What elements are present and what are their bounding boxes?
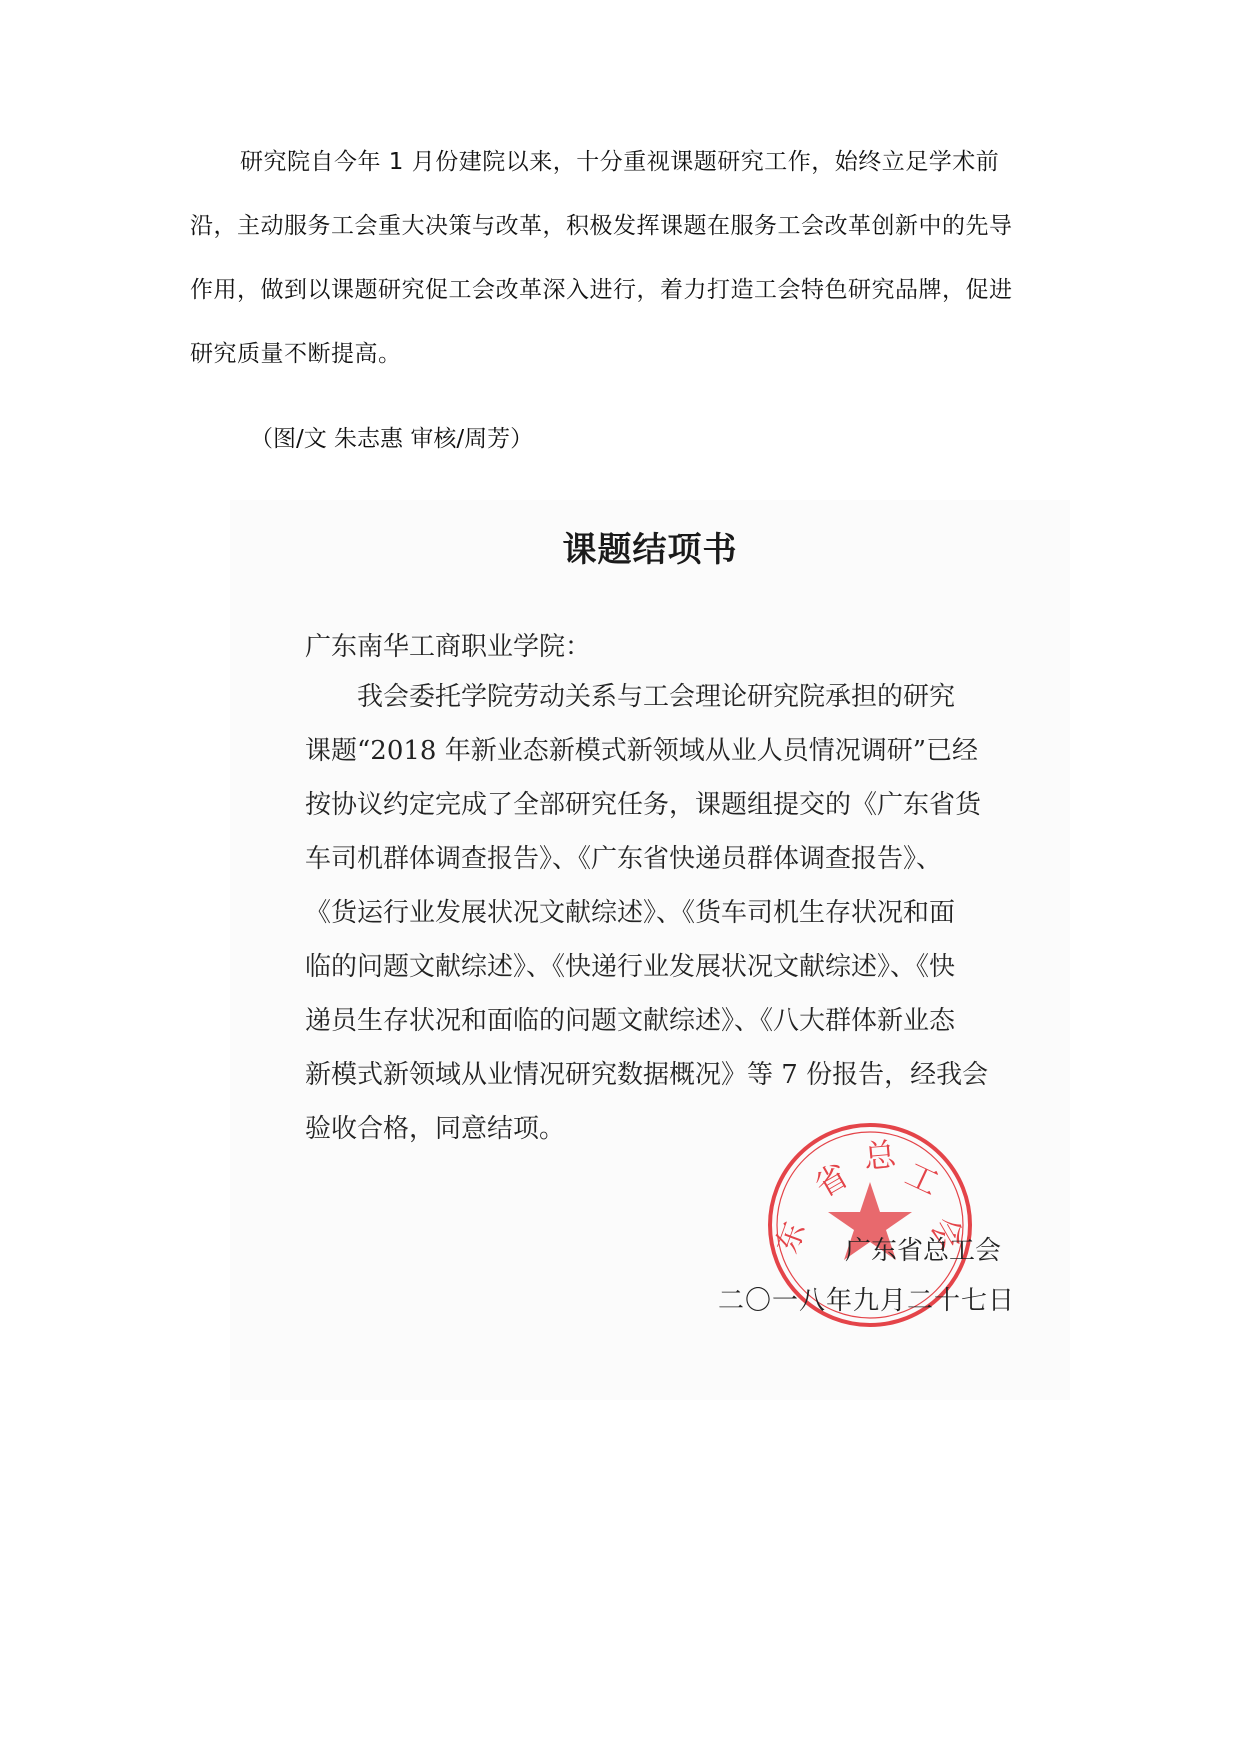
salutation-text: 广东南华工商职业学院： [305, 620, 1045, 674]
svg-text:省: 省 [808, 1156, 855, 1205]
signature-organization: 广东省总工会 [845, 1230, 1001, 1267]
paragraph-line: 研究院自今年 1 月份建院以来，十分重视课题研究工作，始终立足学术前 [190, 130, 1056, 194]
article-paragraph: 研究院自今年 1 月份建院以来，十分重视课题研究工作，始终立足学术前 沿，主动服… [190, 130, 1056, 386]
paragraph-line: 沿，主动服务工会重大决策与改革，积极发挥课题在服务工会改革创新中的先导 [190, 194, 1056, 258]
svg-text:总: 总 [862, 1135, 898, 1176]
svg-text:东: 东 [770, 1218, 813, 1258]
body-line: 《货运行业发展状况文献综述》、《货车司机生存状况和面 [305, 886, 1045, 940]
body-line: 递员生存状况和面临的问题文献综述》、《八大群体新业态 [305, 994, 1045, 1048]
salutation: 广东南华工商职业学院： [305, 620, 1045, 674]
document-title: 课题结项书 [230, 522, 1070, 571]
letter-body: 我会委托学院劳动关系与工会理论研究院承担的研究 课题“2018 年新业态新模式新… [305, 670, 1045, 1156]
paragraph-line: 研究质量不断提高。 [190, 322, 1056, 386]
scanned-document-image: 课题结项书 广东南华工商职业学院： 我会委托学院劳动关系与工会理论研究院承担的研… [230, 500, 1070, 1400]
paragraph-line: 作用，做到以课题研究促工会改革深入进行，着力打造工会特色研究品牌，促进 [190, 258, 1056, 322]
body-line: 车司机群体调查报告》、《广东省快递员群体调查报告》、 [305, 832, 1045, 886]
photo-caption: （图/文 朱志惠 审核/周芳） [250, 420, 533, 453]
body-line: 按协议约定完成了全部研究任务，课题组提交的《广东省货 [305, 778, 1045, 832]
body-line: 课题“2018 年新业态新模式新领域从业人员情况调研”已经 [305, 724, 1045, 778]
body-line: 我会委托学院劳动关系与工会理论研究院承担的研究 [305, 670, 1045, 724]
body-line: 新模式新领域从业情况研究数据概况》等 7 份报告，经我会 [305, 1048, 1045, 1102]
body-line: 临的问题文献综述》、《快递行业发展状况文献综述》、《快 [305, 940, 1045, 994]
signature-date: 二〇一八年九月二十七日 [718, 1280, 1015, 1317]
